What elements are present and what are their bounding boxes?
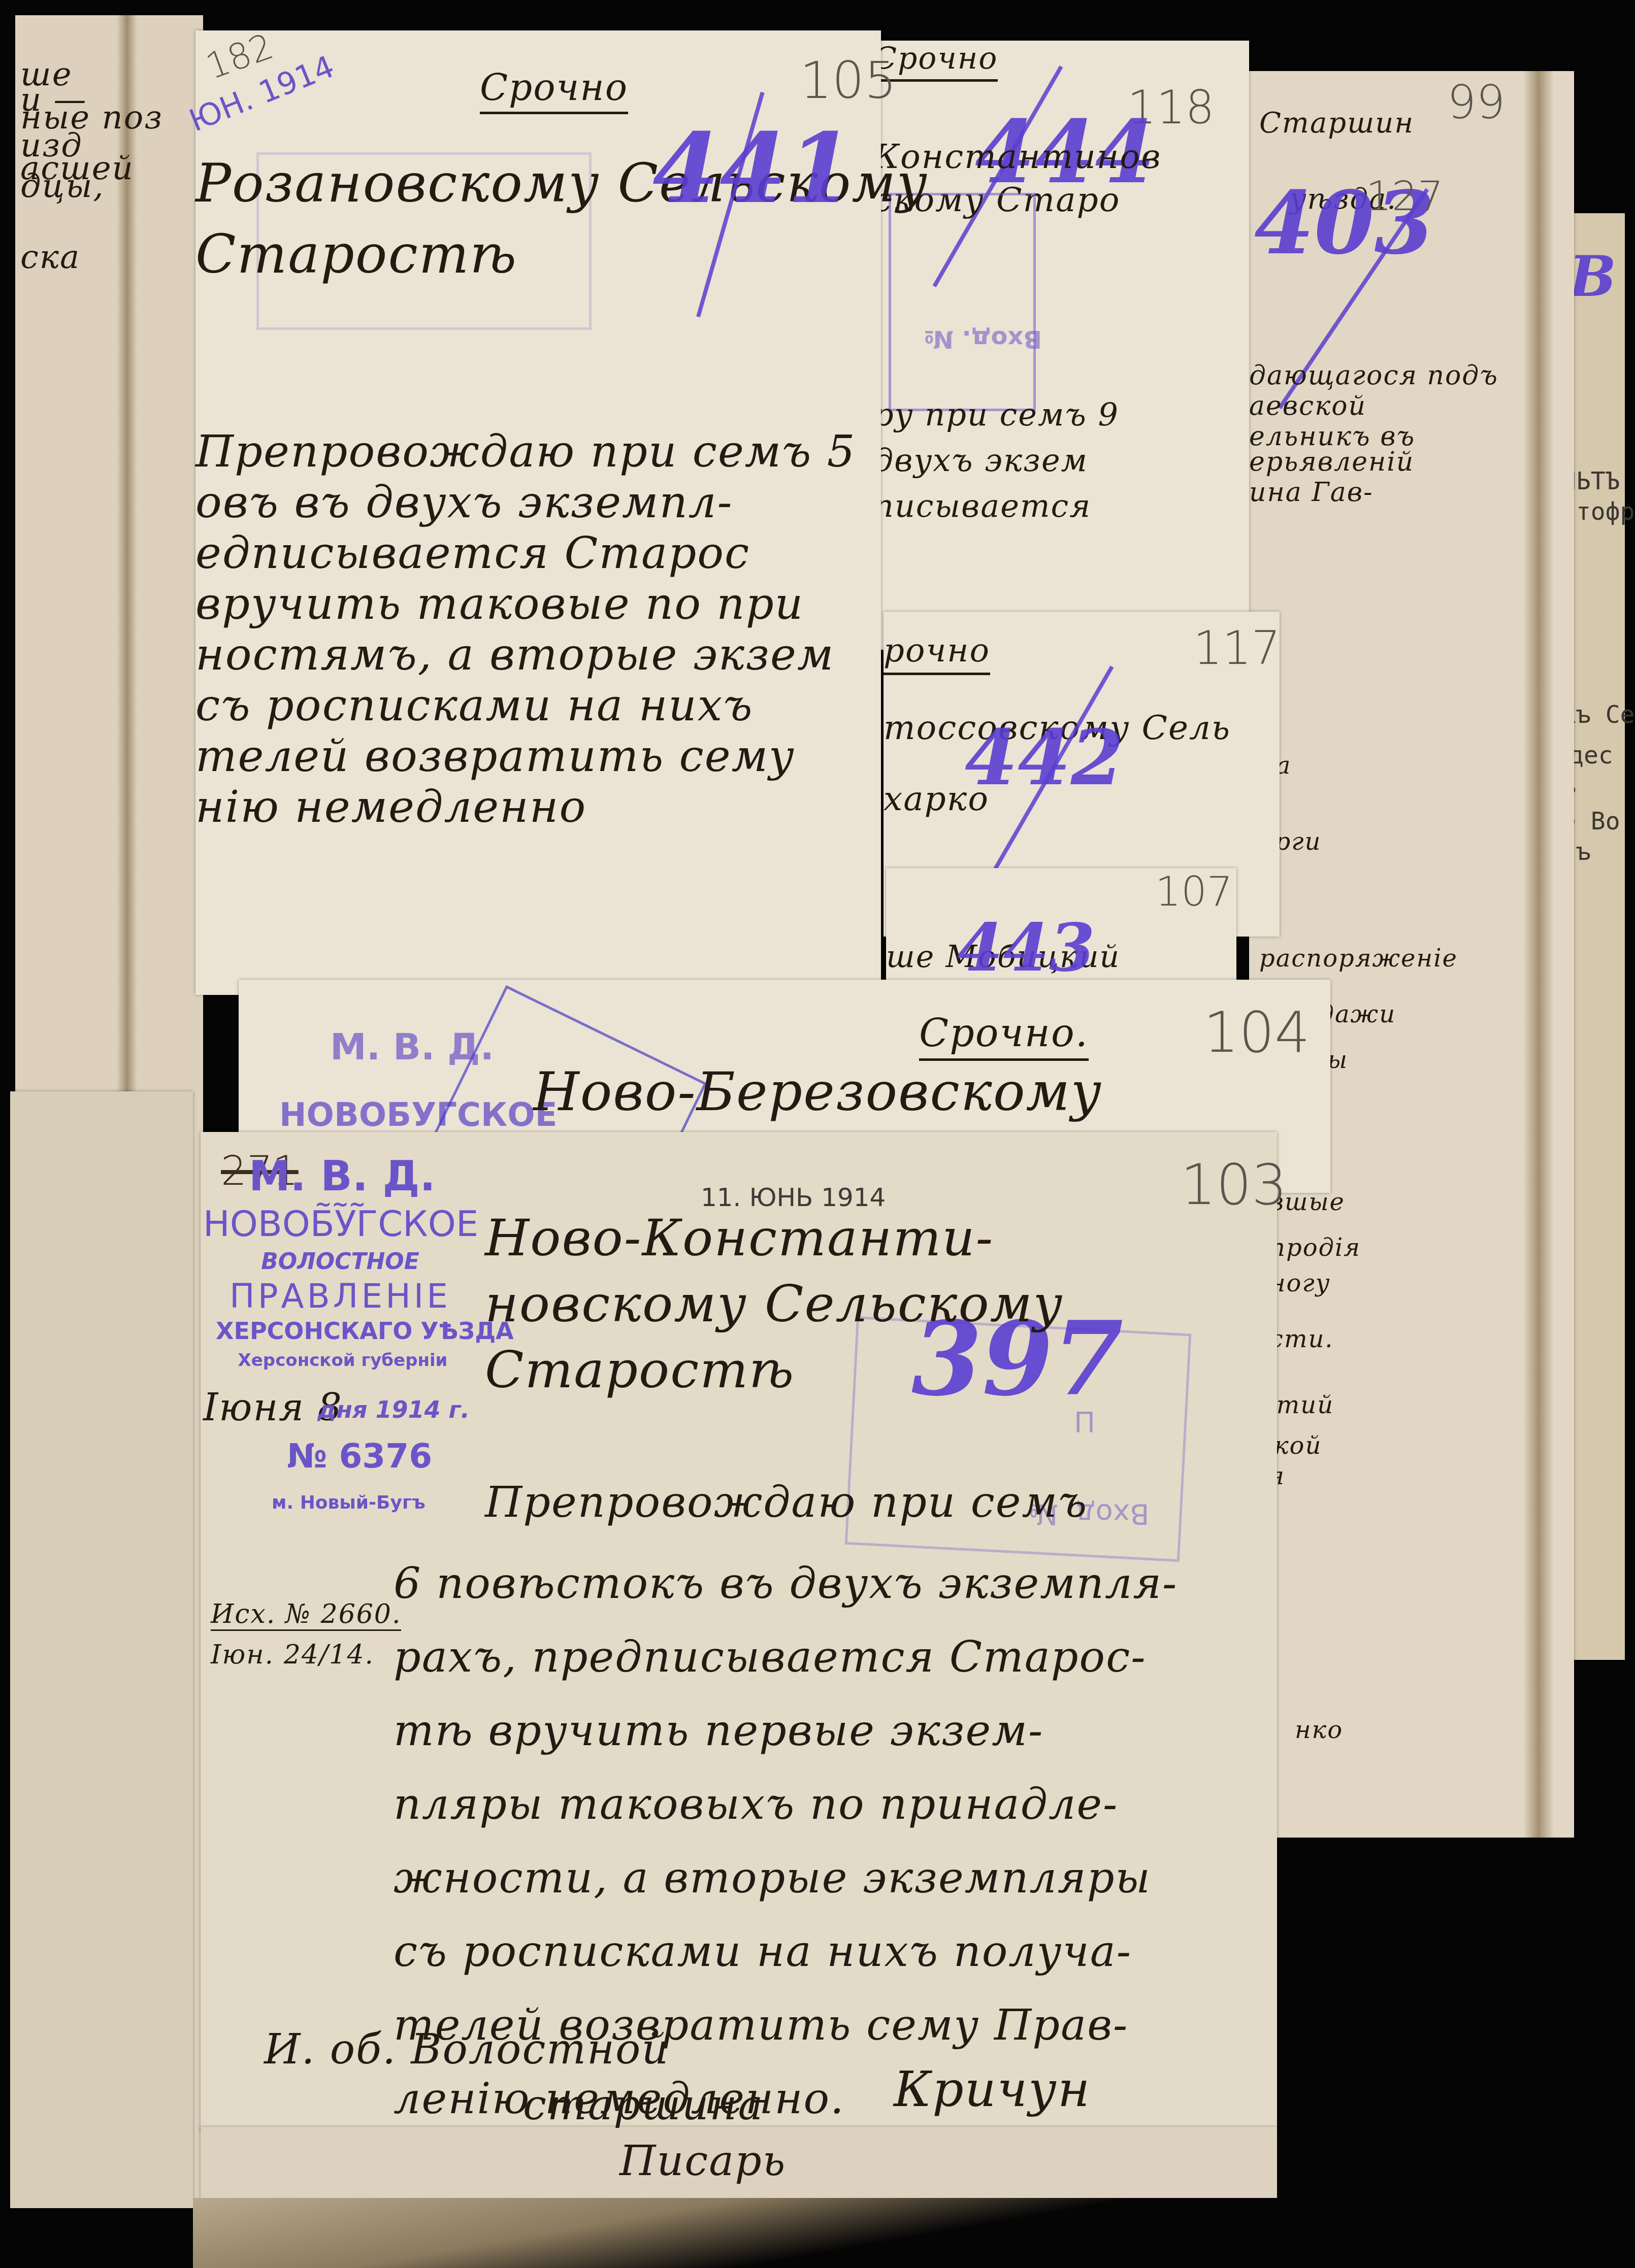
side-line: продія: [1269, 1233, 1361, 1262]
body-line: жности, а вторые экземпляры: [394, 1853, 1151, 1903]
body-line: пляры таковыхъ по принадле-: [394, 1779, 1119, 1829]
body-line: нію немедленно: [195, 782, 586, 832]
board-name: НОВОБУГСКОЕ: [203, 1203, 477, 1245]
body-line: рахъ, предписывается Старос-: [394, 1632, 1147, 1682]
body-line: Препровождаю при семъ: [485, 1477, 1088, 1527]
letter-header: рочно: [884, 632, 990, 675]
addressee-line: Ново-Березовскому: [533, 1061, 1102, 1123]
side-note: Исх. № 2660.: [211, 1599, 401, 1631]
province: Херсонской губерніи: [231, 1350, 454, 1371]
body-line: съ росписками на нихъ получа-: [394, 1926, 1132, 1976]
side-line: нко: [1295, 1716, 1343, 1744]
left-lower-page: [10, 1091, 193, 2208]
board-title: ПРАВЛЕНІЕ: [228, 1277, 452, 1316]
addressee-line: Старостѣ: [195, 223, 517, 285]
letter-118: Срочно 118 444 Константинов скому Старо …: [873, 41, 1249, 650]
body-line: 6 повѣстокъ въ двухъ экземпля-: [394, 1558, 1178, 1608]
body-line: вручить таковые по при: [195, 579, 804, 629]
folio-number: 104: [1203, 1000, 1310, 1065]
left-line: дцы,: [20, 168, 105, 205]
folio-number: 105: [800, 51, 897, 110]
letter-header: Старшин: [1259, 107, 1414, 140]
body-line: ру при семъ 9: [873, 396, 1119, 433]
body-line: аевской: [1249, 391, 1366, 421]
folio-number: 103: [1181, 1152, 1287, 1217]
incoming-stamp: [889, 193, 1036, 411]
violet-mark: B: [1569, 244, 1616, 309]
letter-103: 271 М. В. Д. ~~~ НОВОБУГСКОЕ ВОЛОСТНОЕ П…: [201, 1132, 1277, 2132]
letter-header: Срочно.: [919, 1010, 1089, 1061]
body-line: телей возвратить сему: [195, 731, 795, 782]
violet-registry-mark: 443: [957, 909, 1095, 986]
folio-number: 107: [1155, 868, 1233, 915]
body-line: ерьявленій: [1249, 447, 1414, 477]
folio-number-top: 99: [1447, 76, 1506, 129]
body-line: овъ въ двухъ экземпл-: [195, 477, 733, 528]
addressee-line: Старостѣ: [485, 1340, 795, 1399]
typed-line: дес: [1569, 741, 1613, 770]
letter-127: 99 Старшин уѣзда. 403 127 дающагося подъ…: [1249, 71, 1574, 1838]
violet-registry-mark: 442: [965, 713, 1124, 803]
left-line: ска: [20, 239, 80, 276]
letter-header: Срочно: [480, 66, 628, 114]
side-note: Іюн. 24/14.: [211, 1640, 374, 1670]
side-line: сти.: [1269, 1325, 1334, 1353]
folio-number: 117: [1193, 622, 1281, 675]
outgoing-number: № 6376: [287, 1437, 432, 1476]
body-line: съ росписками на нихъ: [195, 680, 754, 731]
stamp-date-suffix: дня 1914 г.: [317, 1396, 470, 1423]
body-line: дающагося подъ: [1249, 360, 1498, 391]
letter-105: 182 ЮН. 1914 Срочно 105 Розановскому Сел…: [195, 30, 881, 995]
torn-edge: [193, 2198, 1361, 2268]
side-line: распоряженіе: [1259, 944, 1458, 973]
board-type: ВОЛОСТНОЕ: [249, 1249, 432, 1275]
incoming-stamp-label: Вход. №: [924, 325, 1042, 353]
addressee-line: новскому Сельскому: [485, 1274, 1064, 1333]
folio-number: 127: [1366, 173, 1444, 220]
signature-title-2: старшина: [523, 2081, 764, 2129]
body-line: двухъ экзем: [873, 442, 1088, 479]
stamp-place: м. Новый-Бугъ: [272, 1492, 426, 1513]
body-line: тѣ вручить первые экзем-: [394, 1706, 1043, 1755]
district: ХЕРСОНСКАГО УѢЗДА: [216, 1317, 470, 1345]
body-line: ностямъ, а вторые экзем: [195, 629, 834, 680]
side-line: ногу: [1269, 1269, 1331, 1297]
signature: Кричун: [894, 2061, 1091, 2118]
clerk-title: Писарь: [619, 2137, 786, 2185]
body-line: Препровождаю при семъ 5: [195, 426, 856, 477]
signature-title-1: И. об. Волостной: [264, 2025, 669, 2074]
addressee-line: Ново-Константи-: [485, 1208, 994, 1268]
body-line: едписывается Старос: [195, 528, 750, 579]
body-line: ина Гав-: [1249, 477, 1374, 508]
body-line: писывается: [873, 487, 1091, 524]
page-fold: [1523, 71, 1554, 1838]
